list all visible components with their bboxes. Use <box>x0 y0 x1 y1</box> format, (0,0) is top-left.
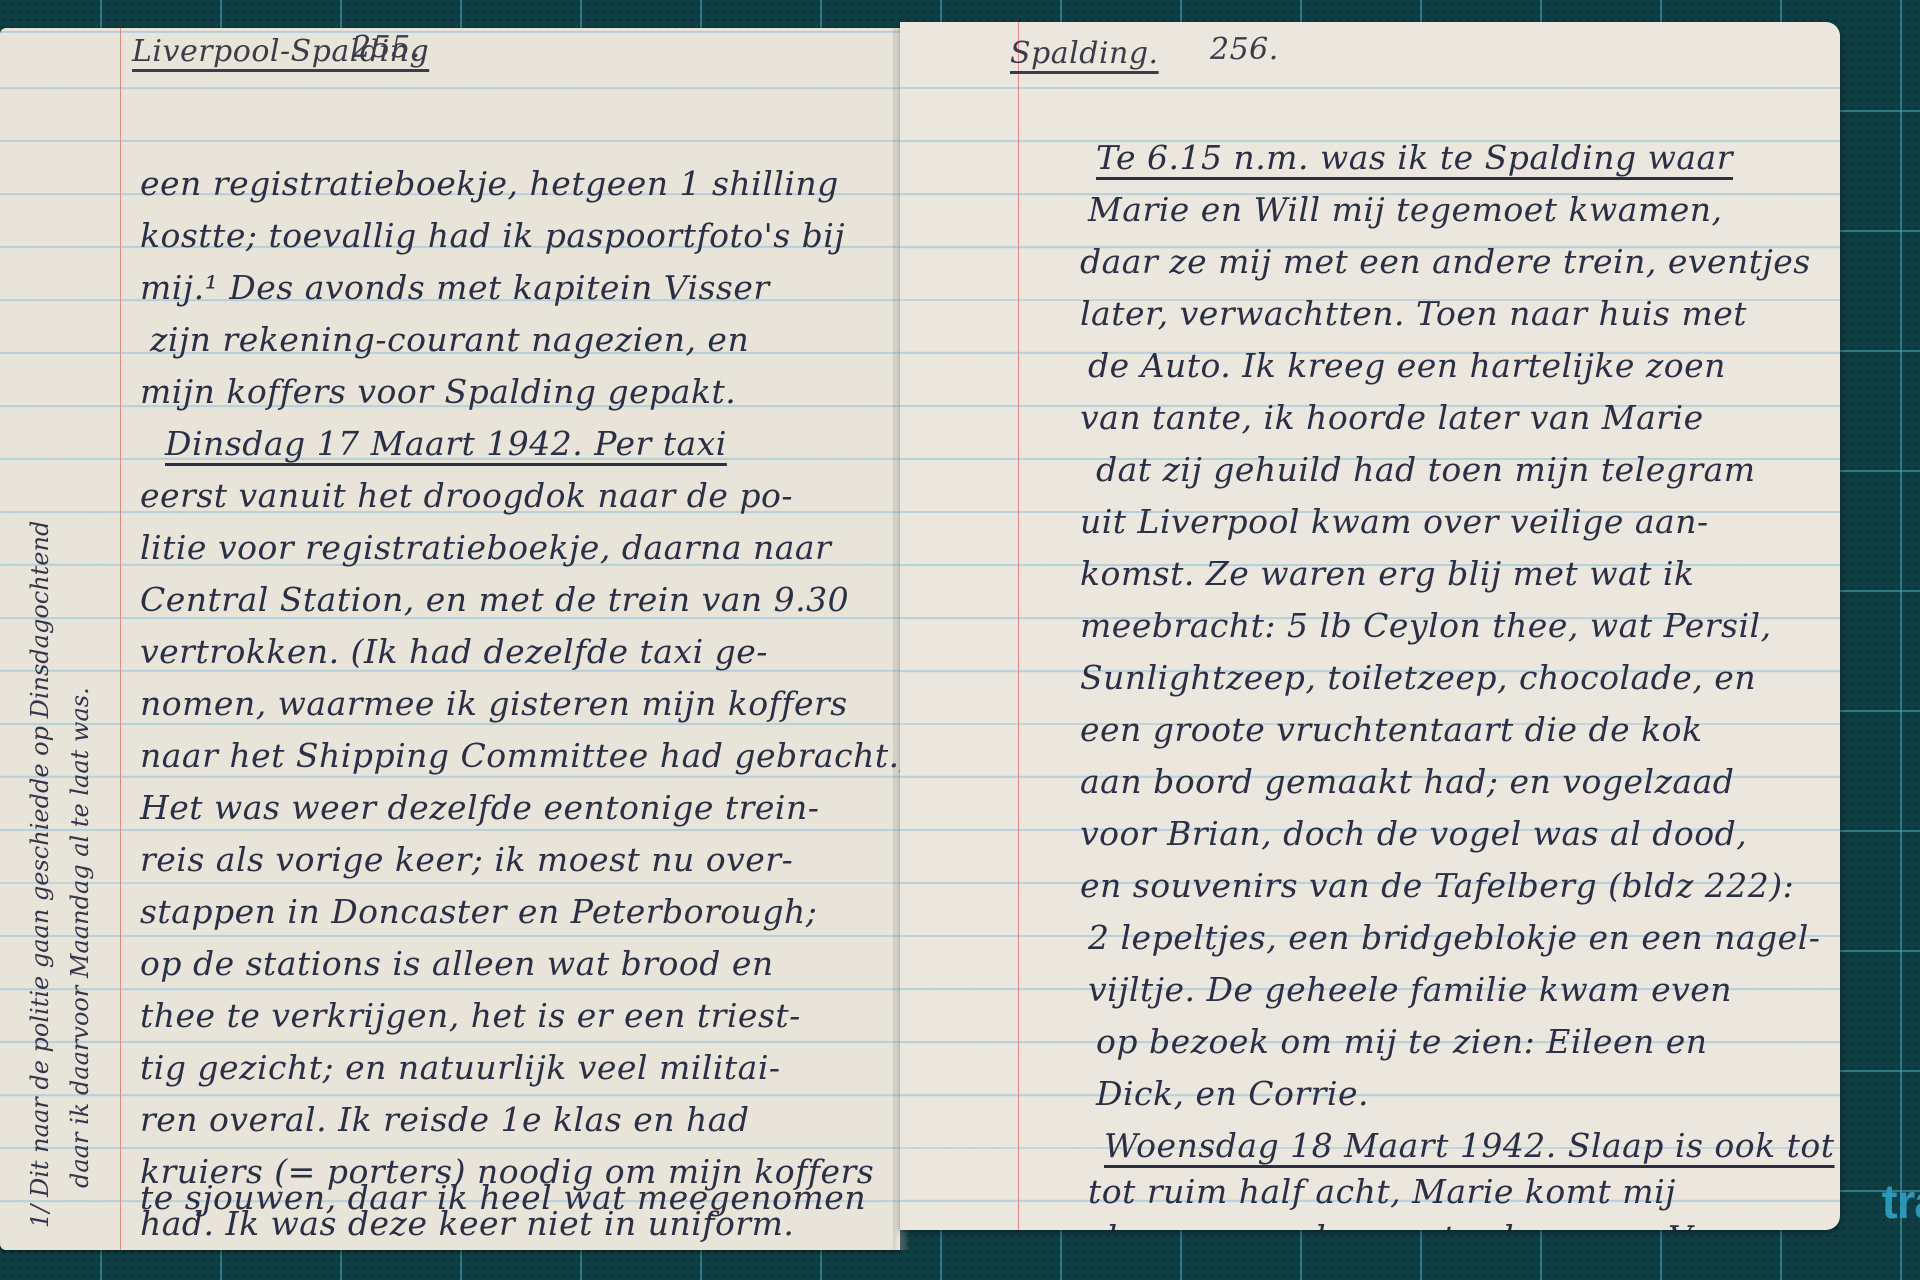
text-line: later, verwachtten. Toen naar huis met <box>1080 294 1747 333</box>
text-line: komst. Ze waren erg blij met wat ik <box>1080 554 1694 593</box>
text-line: nomen, waarmee ik gisteren mijn koffers <box>140 684 848 723</box>
text-line: had. Ik was deze keer niet in uniform. <box>140 1204 794 1243</box>
margin-footnote-line-1: 1/ Dit naar de politie gaan geschiedde o… <box>20 521 60 1228</box>
text-line: een registratieboekje, hetgeen 1 shillin… <box>140 164 839 203</box>
margin-footnote: 1/ Dit naar de politie gaan geschiedde o… <box>20 521 100 1228</box>
text-line: eerst vanuit het droogdok naar de po- <box>140 476 793 515</box>
arrival-heading: Te 6.15 n.m. was ik te Spalding waar <box>1096 138 1733 177</box>
text-line: zijn rekening-courant nagezien, en <box>150 320 749 359</box>
right-page-header: Spalding. <box>1010 36 1159 71</box>
text-line: thee te verkrijgen, het is er een triest… <box>140 996 801 1035</box>
text-line: en souvenirs van de Tafelberg (bldz 222)… <box>1080 866 1794 905</box>
text-line: daar ze mij met een andere trein, eventj… <box>1080 242 1811 281</box>
margin-rule <box>120 28 121 1250</box>
text-line: een groote vruchtentaart die de kok <box>1080 710 1703 749</box>
text-line: mijn koffers voor Spalding gepakt. <box>140 372 736 411</box>
text-line: op bezoek om mij te zien: Eileen en <box>1096 1022 1708 1061</box>
text-line: Central Station, en met de trein van 9.3… <box>140 580 849 619</box>
text-line: tig gezicht; en natuurlijk veel militai- <box>140 1048 781 1087</box>
text-line: van tante, ik hoorde later van Marie <box>1080 398 1704 437</box>
text-line: litie voor registratieboekje, daarna naa… <box>140 528 831 567</box>
text-line: voor Brian, doch de vogel was al dood, <box>1080 814 1747 853</box>
margin-footnote-line-2: daar ik daarvoor Maandag al te laat was. <box>60 521 100 1228</box>
text-line: Marie en Will mij tegemoet kwamen, <box>1088 190 1723 229</box>
text-line: kostte; toevallig had ik paspoortfoto's … <box>140 216 845 255</box>
time-heading-line: Te 6.15 n.m. was ik te Spalding waar <box>1096 138 1733 177</box>
text-line: reis als vorige keer; ik moest nu over- <box>140 840 793 879</box>
date-heading-line: Dinsdag 17 Maart 1942. Per taxi <box>165 424 727 463</box>
text-line: mij.¹ Des avonds met kapitein Visser <box>140 268 770 307</box>
left-page-number: 255. <box>352 30 421 65</box>
text-line: op de stations is alleen wat brood en <box>140 944 774 983</box>
date-heading-line: Woensdag 18 Maart 1942. Slaap is ook tot <box>1104 1126 1835 1165</box>
text-line: vijltje. De geheele familie kwam even <box>1088 970 1732 1009</box>
right-page-number: 256. <box>1210 32 1279 67</box>
text-line: stappen in Doncaster en Peterborough; <box>140 892 817 931</box>
text-line: dan warm scheerwater brengen. Van- <box>1096 1218 1743 1230</box>
cutting-mat-brand-text: tra <box>1882 1175 1920 1230</box>
text-line: uit Liverpool kwam over veilige aan- <box>1080 502 1709 541</box>
text-line: vertrokken. (Ik had dezelfde taxi ge- <box>140 632 768 671</box>
text-line: Dick, en Corrie. <box>1096 1074 1369 1113</box>
text-line: 2 lepeltjes, een bridgeblokje en een nag… <box>1088 918 1820 957</box>
text-line: dat zij gehuild had toen mijn telegram <box>1096 450 1756 489</box>
margin-rule <box>1018 22 1019 1230</box>
text-line: tot ruim half acht, Marie komt mij <box>1088 1172 1676 1211</box>
text-line: meebracht: 5 lb Ceylon thee, wat Persil, <box>1080 606 1772 645</box>
date-heading: Woensdag 18 Maart 1942. Slaap is ook tot <box>1104 1126 1835 1165</box>
left-notebook-page: Liverpool-Spalding 255. 1/ Dit naar de p… <box>0 28 900 1250</box>
text-line: Sunlightzeep, toiletzeep, chocolade, en <box>1080 658 1756 697</box>
text-line: de Auto. Ik kreeg een hartelijke zoen <box>1088 346 1726 385</box>
right-notebook-page: Spalding. 256. Te 6.15 n.m. was ik te Sp… <box>900 22 1840 1230</box>
text-line: ren overal. Ik reisde 1e klas en had <box>140 1100 750 1139</box>
text-line: naar het Shipping Committee had gebracht… <box>140 736 900 775</box>
date-heading: Dinsdag 17 Maart 1942. Per taxi <box>165 424 727 463</box>
text-line: Het was weer dezelfde eentonige trein- <box>140 788 819 827</box>
text-line: aan boord gemaakt had; en vogelzaad <box>1080 762 1734 801</box>
